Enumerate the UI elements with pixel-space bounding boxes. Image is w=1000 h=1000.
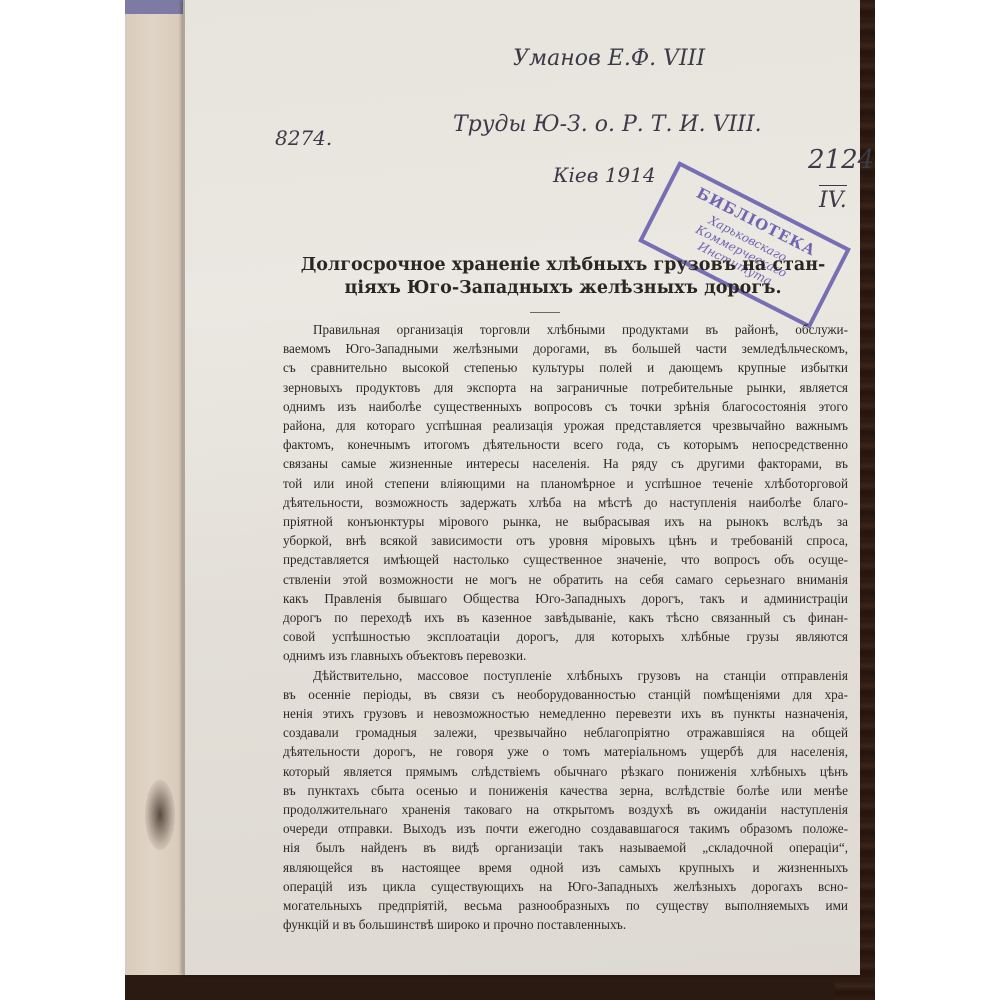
text-line: въ пунктахъ сбыта осенью и пониженія кач… (283, 781, 848, 800)
document-title: Долгосрочное храненіе хлѣбныхъ грузовъ н… (283, 254, 843, 300)
text-line: который является прямымъ слѣдствіемъ обы… (283, 762, 848, 781)
handwritten-place-year: Кiев 1914 (553, 163, 656, 187)
title-line: ціяхъ Юго-Западныхъ желѣзныхъ дорогъ. (283, 277, 843, 300)
document-page: Уманов Е.Ф. VIII 8274. Труды Ю-З. о. Р. … (183, 0, 860, 975)
text-line: связаны самые жизненные интересы населен… (283, 454, 848, 473)
document-body: Правильная организація торговли хлѣбными… (283, 320, 848, 935)
text-line: могательныхъ предпріятій, весьма разнооб… (283, 896, 848, 915)
cover-tab (125, 0, 183, 14)
text-line: какъ Правленія бывшаго Общества Юго-Запа… (283, 589, 848, 608)
handwritten-series-note: Труды Ю-З. о. Р. Т. И. VIII. (453, 112, 762, 137)
text-line: ненія этихъ грузовъ и невозможностью нем… (283, 704, 848, 723)
text-line: очереди отправки. Выходъ изъ почти ежего… (283, 819, 848, 838)
text-line: дѣятельности, возможность задержать хлѣб… (283, 493, 848, 512)
text-line: въ осенніе періоды, въ связи съ необоруд… (283, 685, 848, 704)
handwritten-catalog-fraction: IV. (819, 185, 847, 213)
text-line: дорогъ по переходѣ ихъ въ казенное завѣд… (283, 608, 848, 627)
text-line: ствленіи этой возможности не могъ не обр… (283, 570, 848, 589)
handwritten-author-note: Уманов Е.Ф. VIII (513, 46, 705, 71)
paper-stain (145, 780, 175, 850)
text-line: ваемомъ Юго-Западными желѣзными дорогами… (283, 339, 848, 358)
handwritten-catalog-number: 2124 (808, 145, 874, 175)
text-line: функцій и въ большинствѣ широко и прочно… (283, 915, 848, 934)
document-photo: Уманов Е.Ф. VIII 8274. Труды Ю-З. о. Р. … (125, 0, 875, 1000)
text-line: уборкой, внѣ всякой зависимости отъ уров… (283, 531, 848, 550)
title-line: Долгосрочное храненіе хлѣбныхъ грузовъ н… (283, 254, 843, 277)
text-line: той или иной степени вліяющими на планом… (283, 474, 848, 493)
page-fold (183, 0, 185, 975)
text-line: представляется имѣющей настолько существ… (283, 550, 848, 569)
text-line: района, для котораго успѣшная реализація… (283, 416, 848, 435)
text-line: однимъ изъ главныхъ объектовъ перевозки. (283, 646, 848, 665)
text-line: Правильная организація торговли хлѣбными… (283, 320, 848, 339)
text-line: дѣятельности дорогъ, не говоря уже о том… (283, 742, 848, 761)
text-line: пріятной конъюнктуры мірового рынка, не … (283, 512, 848, 531)
text-line: фактомъ, конечнымъ итогомъ дѣятельности … (283, 435, 848, 454)
text-line: создавали громадныя залежи, чрезвычайно … (283, 723, 848, 742)
text-line: съ сравнительно высокой степенью культур… (283, 358, 848, 377)
text-line: нія былъ найденъ въ видѣ организаціи так… (283, 838, 848, 857)
text-line: зерновыхъ продуктовъ для экспорта на заг… (283, 378, 848, 397)
text-line: однимъ изъ наиболѣе существенныхъ вопрос… (283, 397, 848, 416)
text-line: операцій изъ цикла существующихъ на Юго-… (283, 877, 848, 896)
text-line: совой успѣшностью эксплоатаціи дорогъ, д… (283, 627, 848, 646)
text-line: являющейся въ настоящее время одной изъ … (283, 858, 848, 877)
text-line: Дѣйствительно, массовое поступленіе хлѣб… (283, 666, 848, 685)
title-divider (530, 312, 560, 313)
handwritten-left-number: 8274. (275, 126, 332, 150)
text-line: продолжительнаго храненія таковаго на от… (283, 800, 848, 819)
